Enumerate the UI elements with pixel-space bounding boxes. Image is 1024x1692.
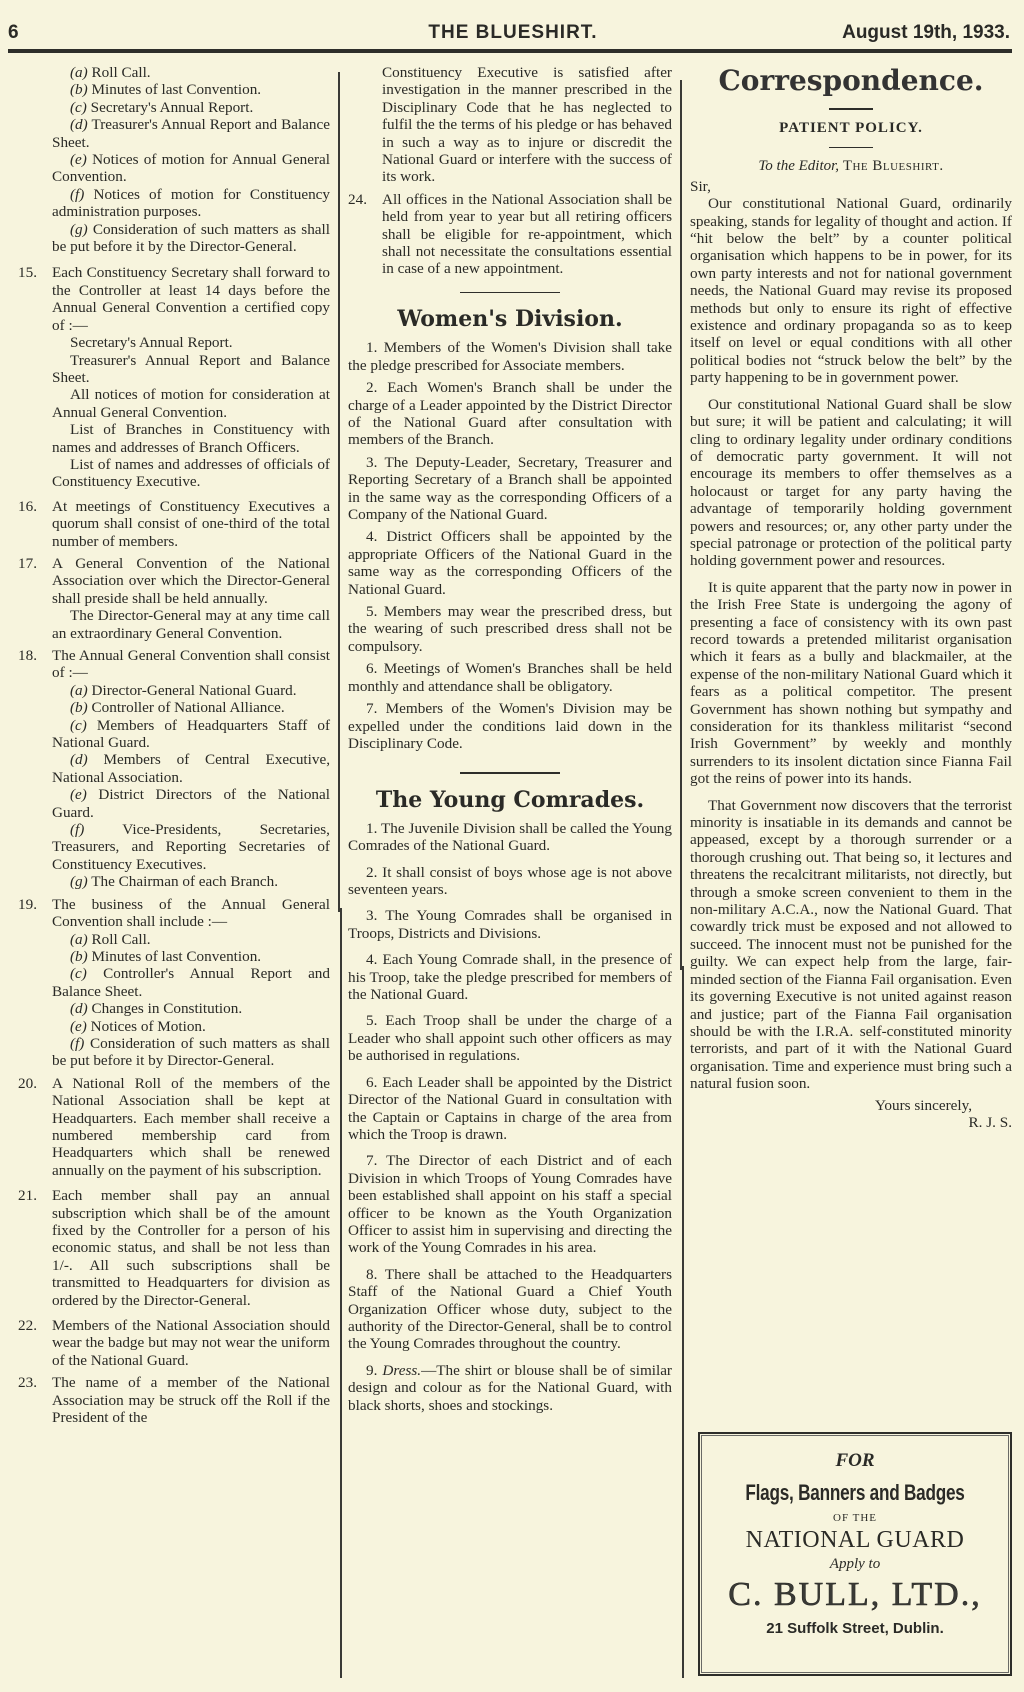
list-item: (a) Roll Call. — [18, 64, 330, 81]
list-item: 5. Members may wear the prescribed dress… — [348, 603, 672, 655]
ad-apply-to: Apply to — [700, 1556, 1010, 1573]
list-item: (c) Controller's Annual Report and Balan… — [18, 965, 330, 1000]
list-item: 3. The Deputy-Leader, Secretary, Treasur… — [348, 454, 672, 524]
clause-21: 21.Each member shall pay an annual subsc… — [18, 1187, 330, 1309]
section-divider — [460, 772, 560, 774]
list-item: (a) Director-General National Guard. — [18, 682, 330, 699]
womens-division-heading: Women's Division. — [348, 305, 672, 333]
list-item: 2. It shall consist of boys whose age is… — [348, 864, 672, 899]
salutation: Sir, — [690, 178, 1012, 195]
clause-15: 15.Each Constituency Secretary shall for… — [18, 264, 330, 334]
clause-17-extra: The Director-General may at any time cal… — [18, 607, 330, 642]
ad-address: 21 Suffolk Street, Dublin. — [700, 1620, 1010, 1637]
letter-address: To the Editor, The Blueshirt. — [690, 158, 1012, 175]
letter-paragraph: That Government now discovers that the t… — [690, 797, 1012, 1093]
list-item: 4. District Officers shall be appointed … — [348, 528, 672, 598]
list-item: All notices of motion for consideration … — [18, 386, 330, 421]
ad-company-name: C. BULL, LTD., — [700, 1576, 1010, 1614]
masthead-rule — [8, 49, 1012, 53]
list-item: 1. The Juvenile Division shall be called… — [348, 820, 672, 855]
list-item: (d) Members of Central Executive, Nation… — [18, 751, 330, 786]
heading-rule — [829, 147, 873, 149]
clause-23: 23.The name of a member of the National … — [18, 1374, 330, 1426]
column-constitution-part1: (a) Roll Call. (b) Minutes of last Conve… — [18, 64, 330, 1426]
section-divider — [460, 292, 560, 294]
ad-products: Flags, Banners and Badges — [703, 1480, 1007, 1506]
list-item: (c) Secretary's Annual Report. — [18, 99, 330, 116]
list-item: 6. Each Leader shall be appointed by the… — [348, 1074, 672, 1144]
column-divider-1 — [338, 72, 340, 912]
list-item: (d) Changes in Constitution. — [18, 1000, 330, 1017]
clause-18: 18.The Annual General Convention shall c… — [18, 647, 330, 682]
list-item: (d) Treasurer's Annual Report and Balanc… — [18, 116, 330, 151]
letter-paragraph: It is quite apparent that the party now … — [690, 579, 1012, 788]
newspaper-page: 6 THE BLUESHIRT. August 19th, 1933. (a) … — [0, 0, 1024, 1692]
list-item: (e) District Directors of the National G… — [18, 786, 330, 821]
list-item: (f) Vice-Presidents, Secretaries, Treasu… — [18, 821, 330, 873]
clause-16: 16.At meetings of Constituency Executive… — [18, 498, 330, 550]
list-item: List of names and addresses of officials… — [18, 456, 330, 491]
list-item: (g) Consideration of such matters as sha… — [18, 221, 330, 256]
letter-signature: R. J. S. — [690, 1114, 1012, 1131]
list-item: (g) The Chairman of each Branch. — [18, 873, 330, 890]
column-constitution-part2: Constituency Executive is satisfied afte… — [348, 64, 672, 1414]
column-correspondence: Correspondence. PATIENT POLICY. To the E… — [690, 64, 1012, 1131]
list-item: (f) Notices of motion for Constituency a… — [18, 186, 330, 221]
ad-for: FOR — [700, 1450, 1010, 1472]
masthead: 6 THE BLUESHIRT. August 19th, 1933. — [8, 18, 1018, 48]
letter-signoff: Yours sincerely, — [690, 1097, 1012, 1114]
list-item: 7. Members of the Women's Division may b… — [348, 700, 672, 752]
column-divider-2b — [682, 966, 684, 1678]
list-item: (b) Minutes of last Convention. — [18, 81, 330, 98]
list-item: (b) Controller of National Alliance. — [18, 699, 330, 716]
clause-17: 17.A General Convention of the National … — [18, 555, 330, 607]
column-divider-2 — [680, 80, 682, 970]
list-item: (b) Minutes of last Convention. — [18, 948, 330, 965]
ad-organisation: NATIONAL GUARD — [700, 1527, 1010, 1554]
list-item: 7. The Director of each District and of … — [348, 1152, 672, 1256]
list-item: 9. Dress.—The shirt or blouse shall be o… — [348, 1362, 672, 1414]
ad-of-the: OF THE — [700, 1512, 1010, 1524]
letter-title: PATIENT POLICY. — [690, 120, 1012, 137]
young-comrades-heading: The Young Comrades. — [348, 786, 672, 814]
letter-paragraph: Our constitutional National Guard, ordin… — [690, 195, 1012, 386]
list-item: 3. The Young Comrades shall be organised… — [348, 907, 672, 942]
list-item: 5. Each Troop shall be under the charge … — [348, 1012, 672, 1064]
list-item: Treasurer's Annual Report and Balance Sh… — [18, 352, 330, 387]
advertisement-box: FOR Flags, Banners and Badges OF THE NAT… — [698, 1432, 1012, 1676]
clause-23-continued: Constituency Executive is satisfied afte… — [348, 64, 672, 186]
heading-rule — [829, 108, 873, 110]
list-item: 1. Members of the Women's Division shall… — [348, 339, 672, 374]
list-item: (e) Notices of motion for Annual General… — [18, 151, 330, 186]
issue-date: August 19th, 1933. — [842, 22, 1010, 44]
clause-20: 20.A National Roll of the members of the… — [18, 1075, 330, 1179]
list-item: Secretary's Annual Report. — [18, 334, 330, 351]
list-item: (e) Notices of Motion. — [18, 1018, 330, 1035]
clause-19: 19.The business of the Annual General Co… — [18, 896, 330, 931]
correspondence-heading: Correspondence. — [690, 64, 1012, 98]
list-item: (a) Roll Call. — [18, 931, 330, 948]
column-divider-1b — [340, 908, 342, 1678]
list-item: List of Branches in Constituency with na… — [18, 421, 330, 456]
list-item: 4. Each Young Comrade shall, in the pres… — [348, 951, 672, 1003]
letter-paragraph: Our constitutional National Guard shall … — [690, 396, 1012, 570]
clause-22: 22.Members of the National Association s… — [18, 1317, 330, 1369]
list-item: 8. There shall be attached to the Headqu… — [348, 1266, 672, 1353]
list-item: (f) Consideration of such matters as sha… — [18, 1035, 330, 1070]
list-item: 6. Meetings of Women's Branches shall be… — [348, 660, 672, 695]
clause-24: 24.All offices in the National Associati… — [348, 191, 672, 278]
list-item: 2. Each Women's Branch shall be under th… — [348, 379, 672, 449]
list-item: (c) Members of Headquarters Staff of Nat… — [18, 717, 330, 752]
